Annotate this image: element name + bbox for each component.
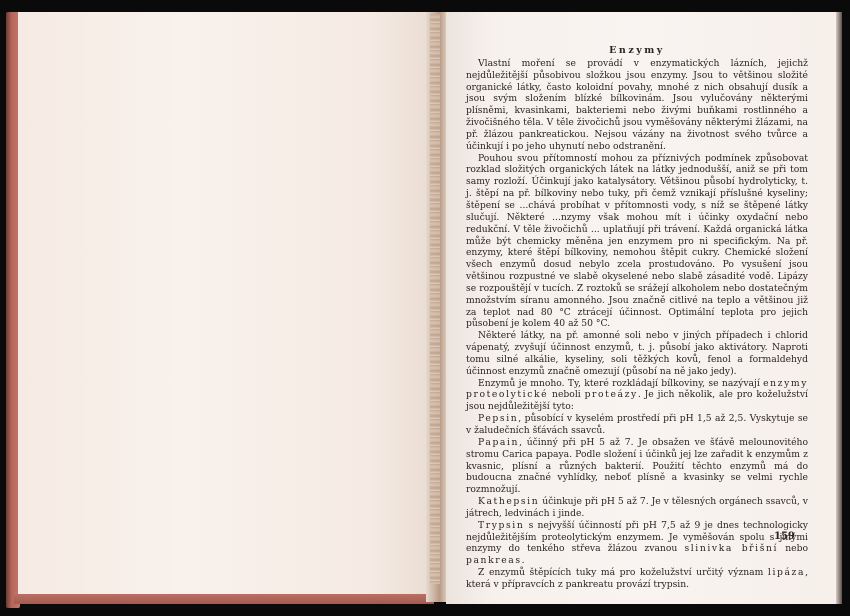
- term-papain: Papain: [478, 437, 519, 448]
- paragraph-pepsin: Pepsin, působící v kyselém prostředí při…: [466, 413, 808, 437]
- term-pancreas-gland: slinivka břišní: [684, 543, 778, 554]
- paragraph-papain: Papain, účinný při pH 5 až 7. Je obsažen…: [466, 437, 808, 496]
- left-page: [18, 12, 432, 594]
- term-trypsin: Trypsin: [478, 520, 524, 531]
- text: , působící v kyselém prostředí při pH 1,…: [466, 413, 808, 436]
- text: nebo: [778, 543, 808, 554]
- term-pancreas: pankreas: [466, 555, 522, 566]
- page-edge-shadow: [836, 12, 842, 604]
- term-kathepsin: Kathepsin: [478, 496, 539, 507]
- paragraph-2: Pouhou svou přítomností mohou za přízniv…: [466, 153, 808, 331]
- paragraph-4: Enzymů je mnoho. Ty, které rozkládají bí…: [466, 378, 808, 414]
- paragraph-3: Některé látky, na př. amonné soli nebo v…: [466, 330, 808, 377]
- paragraph-trypsin: Trypsin s nejvyšší účinností při pH 7,5 …: [466, 520, 808, 567]
- torn-spine-binding: [430, 14, 440, 584]
- text: Enzymů je mnoho. Ty, které rozkládají bí…: [478, 378, 763, 389]
- paragraph-1: Vlastní moření se provádí v enzymatickýc…: [466, 58, 808, 153]
- show-through-text: [168, 38, 328, 78]
- page-number: 159: [774, 531, 795, 542]
- section-heading: Enzymy: [466, 45, 808, 57]
- paragraph-lipase: Z enzymů štěpících tuky má pro koželužst…: [466, 567, 808, 591]
- term-lipase: lipáza: [768, 567, 805, 578]
- text: neboli: [548, 389, 584, 400]
- text: .: [522, 555, 525, 566]
- term-pepsin: Pepsin: [478, 413, 518, 424]
- paragraph-kathepsin: Kathepsin účinkuje při pH 5 až 7. Je v t…: [466, 496, 808, 520]
- text: Z enzymů štěpících tuky má pro koželužst…: [478, 567, 768, 578]
- term-proteases: proteázy: [585, 389, 638, 400]
- page-text: Enzymy Vlastní moření se provádí v enzym…: [466, 45, 808, 591]
